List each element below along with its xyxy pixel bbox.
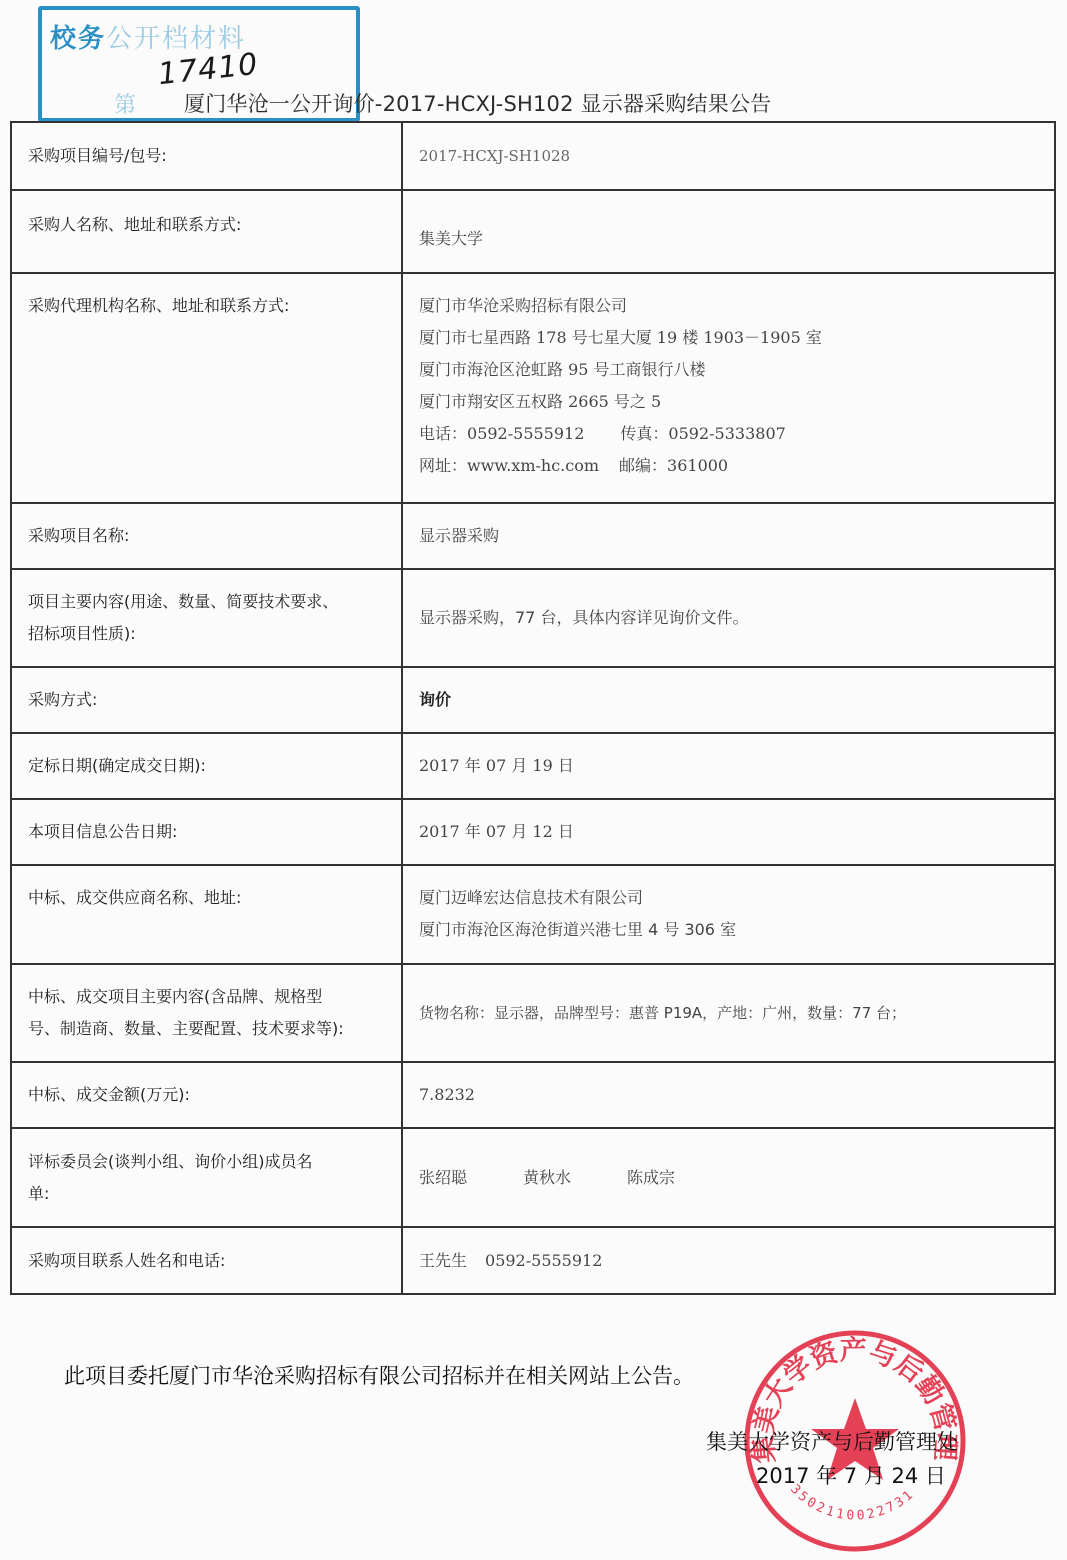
table-row-agency: 采购代理机构名称、地址和联系方式: 厦门市华沧采购招标有限公司 厦门市七星西路 … <box>11 273 1055 503</box>
phone-label: 电话： <box>419 424 467 443</box>
value-supplier: 厦门迈峰宏达信息技术有限公司 厦门市海沧区海沧街道兴港七里 4 号 306 室 <box>402 865 1055 964</box>
label-method: 采购方式: <box>11 667 402 733</box>
agency-name: 厦门市华沧采购招标有限公司 <box>419 290 1038 322</box>
value-award-date: 2017 年 07 月 19 日 <box>402 733 1055 799</box>
agency-web-zip: 网址：www.xm-hc.com邮编：361000 <box>419 450 1038 482</box>
table-row-purchaser: 采购人名称、地址和联系方式: 集美大学 <box>11 190 1055 273</box>
value-agency: 厦门市华沧采购招标有限公司 厦门市七星西路 178 号七星大厦 19 楼 190… <box>402 273 1055 503</box>
committee-member: 张绍聪 <box>419 1168 467 1187</box>
label-amount: 中标、成交金额(万元): <box>11 1062 402 1128</box>
agency-address-3: 厦门市翔安区五权路 2665 号之 5 <box>419 386 1038 418</box>
label-project-name: 采购项目名称: <box>11 503 402 569</box>
value-amount: 7.8232 <box>402 1062 1055 1128</box>
value-method: 询价 <box>402 667 1055 733</box>
issue-date: 2017 年 7 月 24 日 <box>756 1460 946 1490</box>
archive-stamp-title: 校务公开档材料 <box>50 18 246 55</box>
document-title: 厦门华沧一公开询价-2017-HCXJ-SH102 显示器采购结果公告 <box>184 88 771 118</box>
label-committee-line-2: 单: <box>28 1178 385 1210</box>
table-row-award-date: 定标日期(确定成交日期): 2017 年 07 月 19 日 <box>11 733 1055 799</box>
fax-label: 传真： <box>620 424 668 443</box>
table-row-project-number: 采购项目编号/包号: 2017-HCXJ-SH1028 <box>11 122 1055 190</box>
table-row-committee: 评标委员会(谈判小组、询价小组)成员名 单: 张绍聪黄秋水陈成宗 <box>11 1128 1055 1227</box>
web-label: 网址： <box>419 456 467 475</box>
label-project-number: 采购项目编号/包号: <box>11 122 402 190</box>
committee-member: 黄秋水 <box>523 1168 571 1187</box>
label-award-content-line-1: 中标、成交项目主要内容(含品牌、规格型 <box>28 981 385 1013</box>
label-main-content: 项目主要内容(用途、数量、简要技术要求、 招标项目性质): <box>11 569 402 667</box>
table-row-notice-date: 本项目信息公告日期: 2017 年 07 月 12 日 <box>11 799 1055 865</box>
label-purchaser: 采购人名称、地址和联系方式: <box>11 190 402 273</box>
fax-value: 0592-5333807 <box>668 424 785 443</box>
web-value: www.xm-hc.com <box>467 456 599 475</box>
label-agency: 采购代理机构名称、地址和联系方式: <box>11 273 402 503</box>
label-supplier: 中标、成交供应商名称、地址: <box>11 865 402 964</box>
stamp-prefix: 第 <box>114 88 136 119</box>
table-row-award-content: 中标、成交项目主要内容(含品牌、规格型 号、制造商、数量、主要配置、技术要求等)… <box>11 964 1055 1062</box>
contact-phone: 0592-5555912 <box>485 1251 602 1270</box>
table-row-supplier: 中标、成交供应商名称、地址: 厦门迈峰宏达信息技术有限公司 厦门市海沧区海沧街道… <box>11 865 1055 964</box>
label-award-date: 定标日期(确定成交日期): <box>11 733 402 799</box>
label-committee: 评标委员会(谈判小组、询价小组)成员名 单: <box>11 1128 402 1227</box>
label-main-content-line-2: 招标项目性质): <box>28 618 385 650</box>
agency-phone-fax: 电话：0592-5555912传真：0592-5333807 <box>419 418 1038 450</box>
footer-note: 此项目委托厦门市华沧采购招标有限公司招标并在相关网站上公告。 <box>64 1360 694 1390</box>
label-main-content-line-1: 项目主要内容(用途、数量、简要技术要求、 <box>28 586 385 618</box>
announcement-table: 采购项目编号/包号: 2017-HCXJ-SH1028 采购人名称、地址和联系方… <box>10 121 1056 1295</box>
table-row-amount: 中标、成交金额(万元): 7.8232 <box>11 1062 1055 1128</box>
table-row-method: 采购方式: 询价 <box>11 667 1055 733</box>
stamp-title-bold: 校务 <box>50 24 106 54</box>
value-committee: 张绍聪黄秋水陈成宗 <box>402 1128 1055 1227</box>
value-award-content: 货物名称：显示器，品牌型号：惠普 P19A，产地：广州，数量：77 台； <box>402 964 1055 1062</box>
phone-value: 0592-5555912 <box>467 424 584 443</box>
committee-member: 陈成宗 <box>627 1168 675 1187</box>
table-row-project-name: 采购项目名称: 显示器采购 <box>11 503 1055 569</box>
label-award-content-line-2: 号、制造商、数量、主要配置、技术要求等): <box>28 1013 385 1045</box>
value-project-number: 2017-HCXJ-SH1028 <box>402 122 1055 190</box>
table-row-contact: 采购项目联系人姓名和电话: 王先生0592-5555912 <box>11 1227 1055 1294</box>
agency-address-1: 厦门市七星西路 178 号七星大厦 19 楼 1903－1905 室 <box>419 322 1038 354</box>
label-notice-date: 本项目信息公告日期: <box>11 799 402 865</box>
value-project-name: 显示器采购 <box>402 503 1055 569</box>
zip-value: 361000 <box>667 456 728 475</box>
label-contact: 采购项目联系人姓名和电话: <box>11 1227 402 1294</box>
label-committee-line-1: 评标委员会(谈判小组、询价小组)成员名 <box>28 1146 385 1178</box>
agency-address-2: 厦门市海沧区沧虹路 95 号工商银行八楼 <box>419 354 1038 386</box>
value-main-content: 显示器采购，77 台，具体内容详见询价文件。 <box>402 569 1055 667</box>
issuing-organization: 集美大学资产与后勤管理处 <box>706 1426 958 1456</box>
value-notice-date: 2017 年 07 月 12 日 <box>402 799 1055 865</box>
label-award-content: 中标、成交项目主要内容(含品牌、规格型 号、制造商、数量、主要配置、技术要求等)… <box>11 964 402 1062</box>
value-purchaser: 集美大学 <box>402 190 1055 273</box>
value-contact: 王先生0592-5555912 <box>402 1227 1055 1294</box>
contact-name: 王先生 <box>419 1251 467 1270</box>
supplier-name: 厦门迈峰宏达信息技术有限公司 <box>419 882 1038 914</box>
supplier-address: 厦门市海沧区海沧街道兴港七里 4 号 306 室 <box>419 914 1038 946</box>
zip-label: 邮编： <box>619 456 667 475</box>
table-row-main-content: 项目主要内容(用途、数量、简要技术要求、 招标项目性质): 显示器采购，77 台… <box>11 569 1055 667</box>
